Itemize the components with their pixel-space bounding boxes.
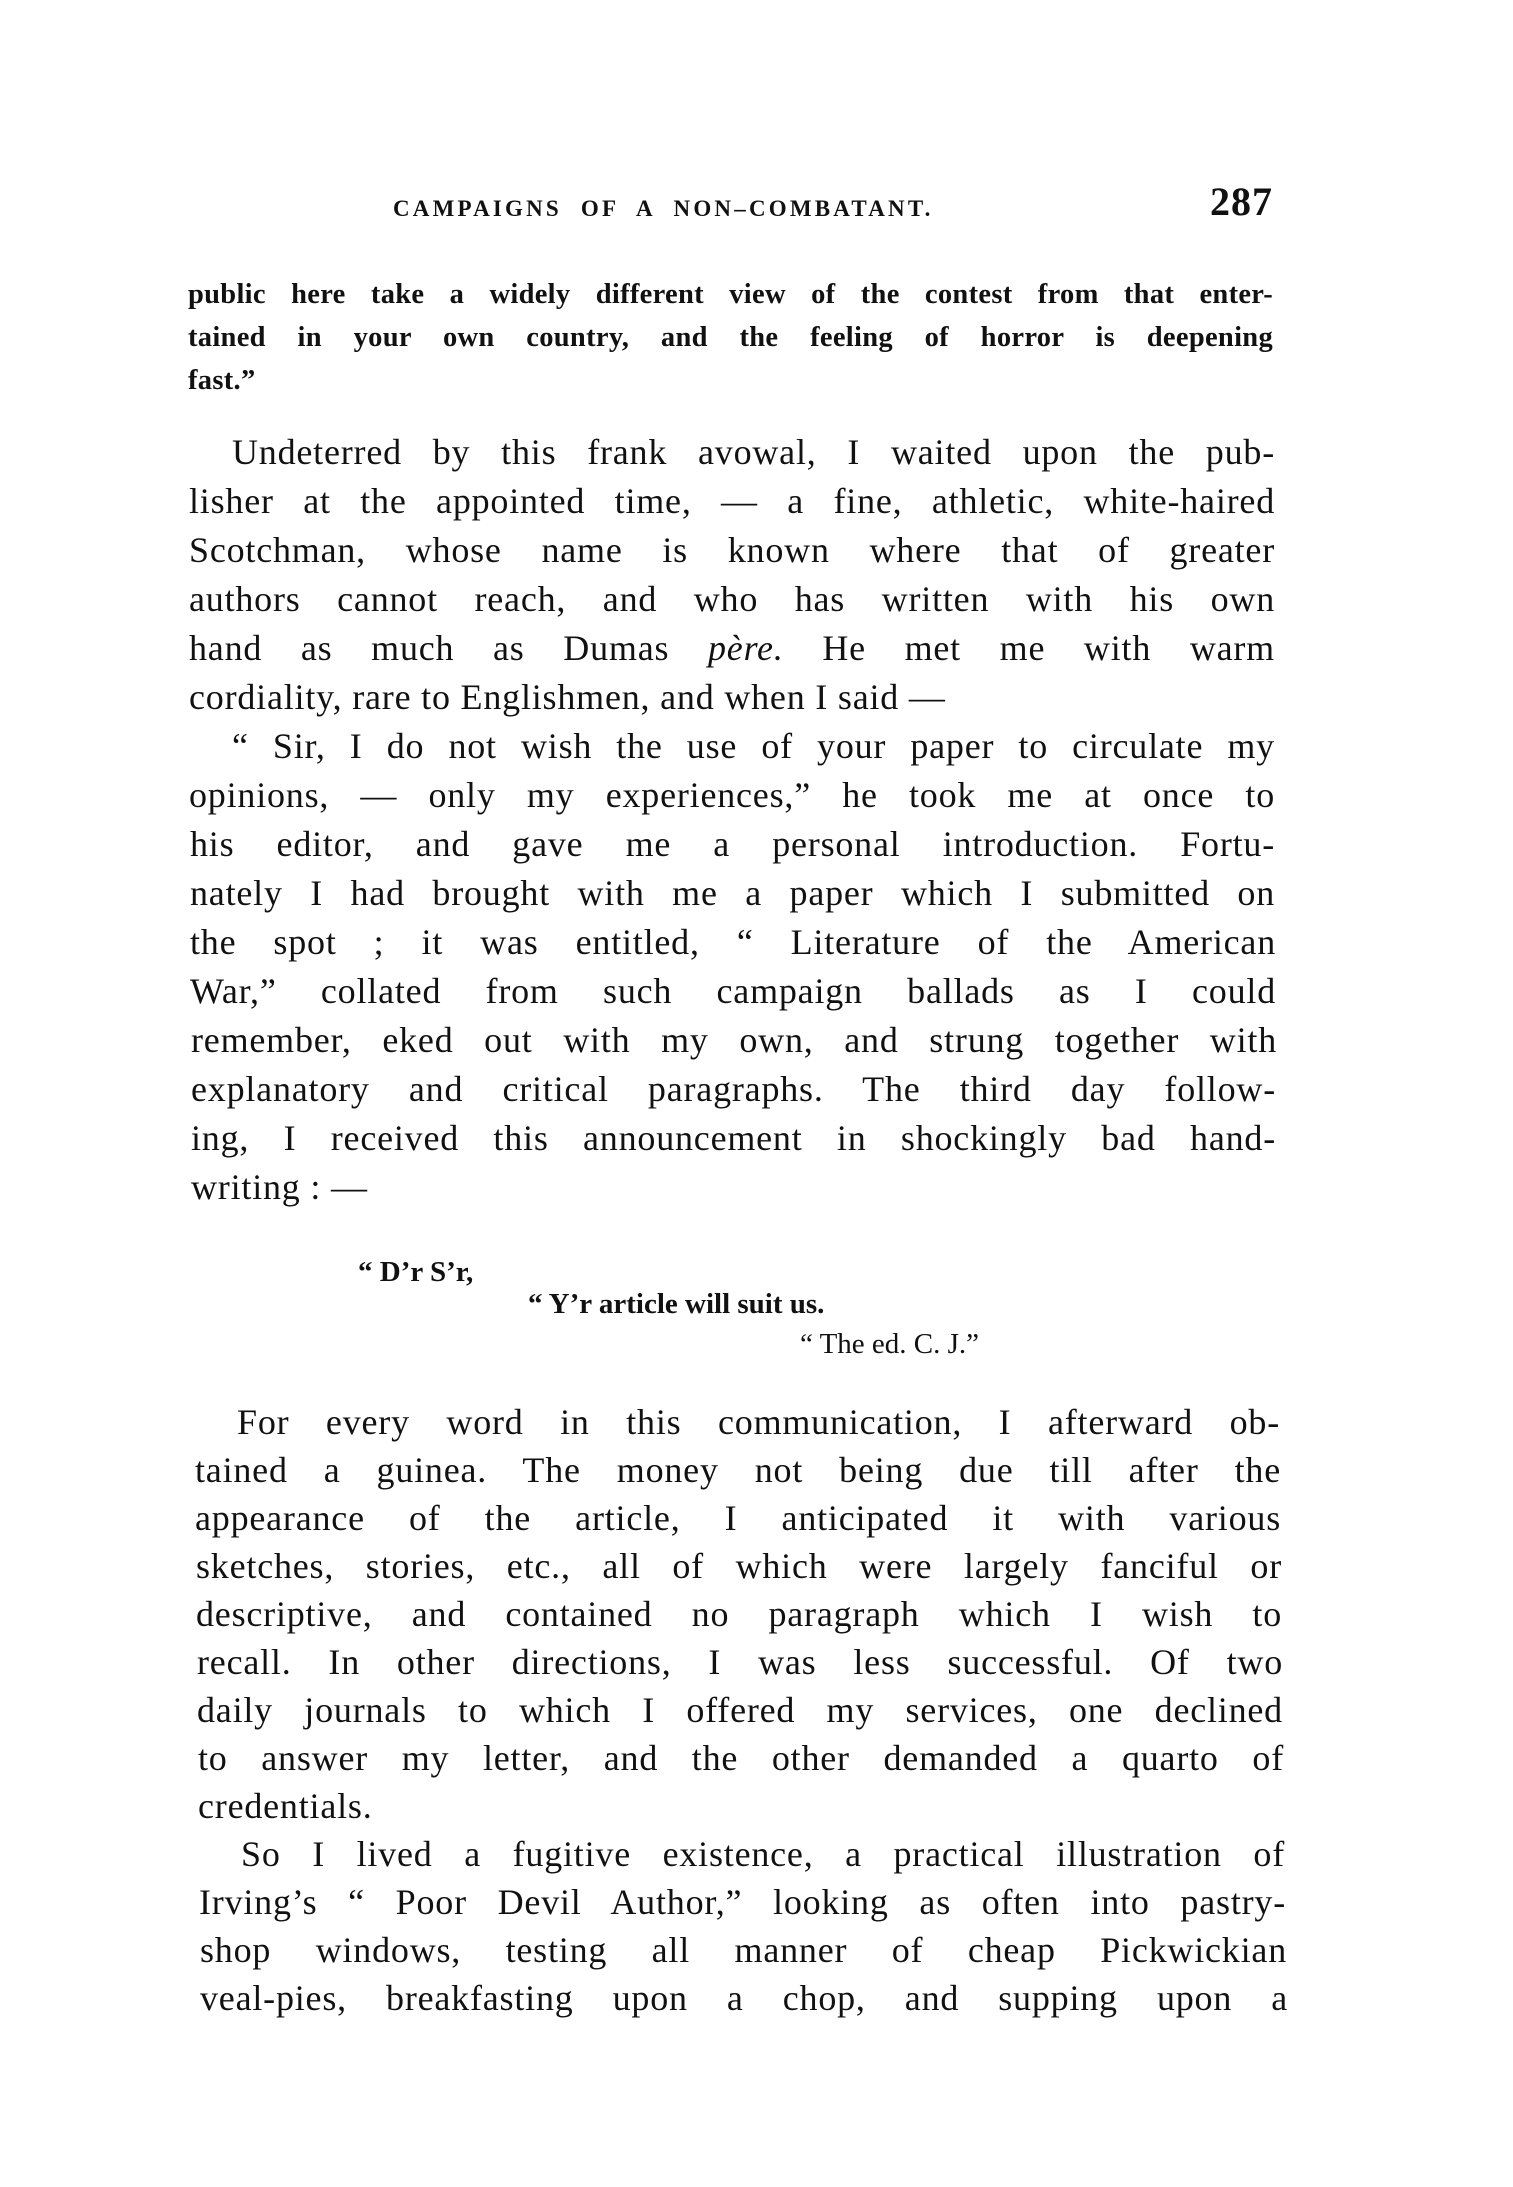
italic-word: père. bbox=[708, 628, 784, 668]
paragraph-text: hand as much as Dumas bbox=[189, 628, 708, 668]
paragraph-line: recall. In other directions, I was less … bbox=[197, 1638, 1283, 1686]
paragraph-line: his editor, and gave me a personal intro… bbox=[190, 820, 1275, 868]
paragraph-line: For every word in this communication, I … bbox=[237, 1398, 1280, 1446]
paragraph-line: explanatory and critical paragraphs. The… bbox=[191, 1065, 1276, 1113]
paragraph-line: hand as much as Dumas père. He met me wi… bbox=[189, 624, 1275, 672]
page-number: 287 bbox=[1210, 178, 1273, 225]
paragraph-line: remember, eked out with my own, and stru… bbox=[191, 1016, 1277, 1064]
letter-signature: “ The ed. C. J.” bbox=[800, 1324, 979, 1364]
paragraph-line: veal-pies, breakfasting upon a chop, and… bbox=[200, 1974, 1288, 2022]
quoted-block-line: public here take a widely different view… bbox=[188, 275, 1273, 315]
paragraph-line: War,” collated from such campaign ballad… bbox=[190, 967, 1276, 1015]
paragraph-line: shop windows, testing all manner of chea… bbox=[200, 1926, 1287, 1974]
paragraph-line: to answer my letter, and the other deman… bbox=[198, 1734, 1284, 1782]
paragraph-line: Undeterred by this frank avowal, I waite… bbox=[232, 428, 1275, 476]
quoted-block-line: tained in your own country, and the feel… bbox=[188, 318, 1273, 358]
quoted-block-line: fast.” bbox=[188, 361, 1273, 401]
paragraph-line: So I lived a fugitive existence, a pract… bbox=[241, 1830, 1285, 1878]
paragraph-line: opinions, — only my experiences,” he too… bbox=[189, 771, 1275, 819]
paragraph-line: nately I had brought with me a paper whi… bbox=[190, 869, 1275, 917]
letter-body: “ Y’r article will suit us. bbox=[528, 1284, 824, 1324]
paragraph-line: Irving’s “ Poor Devil Author,” looking a… bbox=[199, 1878, 1286, 1926]
paragraph-line: “ Sir, I do not wish the use of your pap… bbox=[232, 722, 1275, 770]
paragraph-line: ing, I received this announcement in sho… bbox=[191, 1114, 1276, 1162]
paragraph-line: authors cannot reach, and who has writte… bbox=[189, 575, 1275, 623]
book-page: CAMPAIGNS OF A NON–COMBATANT. 287 public… bbox=[0, 0, 1513, 2187]
paragraph-line: the spot ; it was entitled, “ Literature… bbox=[190, 918, 1276, 966]
running-head: CAMPAIGNS OF A NON–COMBATANT. 287 bbox=[393, 190, 1273, 230]
paragraph-line: sketches, stories, etc., all of which we… bbox=[196, 1542, 1282, 1590]
paragraph-text: He met me with warm bbox=[784, 628, 1275, 668]
paragraph-line: daily journals to which I offered my ser… bbox=[197, 1686, 1283, 1734]
paragraph-line: cordiality, rare to Englishmen, and when… bbox=[189, 673, 1275, 721]
paragraph-line: credentials. bbox=[198, 1782, 1284, 1830]
paragraph-line: descriptive, and contained no paragraph … bbox=[196, 1590, 1282, 1638]
paragraph-line: tained a guinea. The money not being due… bbox=[195, 1446, 1281, 1494]
paragraph-line: lisher at the appointed time, — a fine, … bbox=[189, 477, 1275, 525]
paragraph-line: Scotchman, whose name is known where tha… bbox=[189, 526, 1275, 574]
letter-salutation: “ D’r S’r, bbox=[358, 1252, 473, 1292]
running-title: CAMPAIGNS OF A NON–COMBATANT. bbox=[393, 196, 934, 222]
paragraph-line: writing : — bbox=[191, 1163, 1276, 1211]
paragraph-line: appearance of the article, I anticipated… bbox=[195, 1494, 1281, 1542]
